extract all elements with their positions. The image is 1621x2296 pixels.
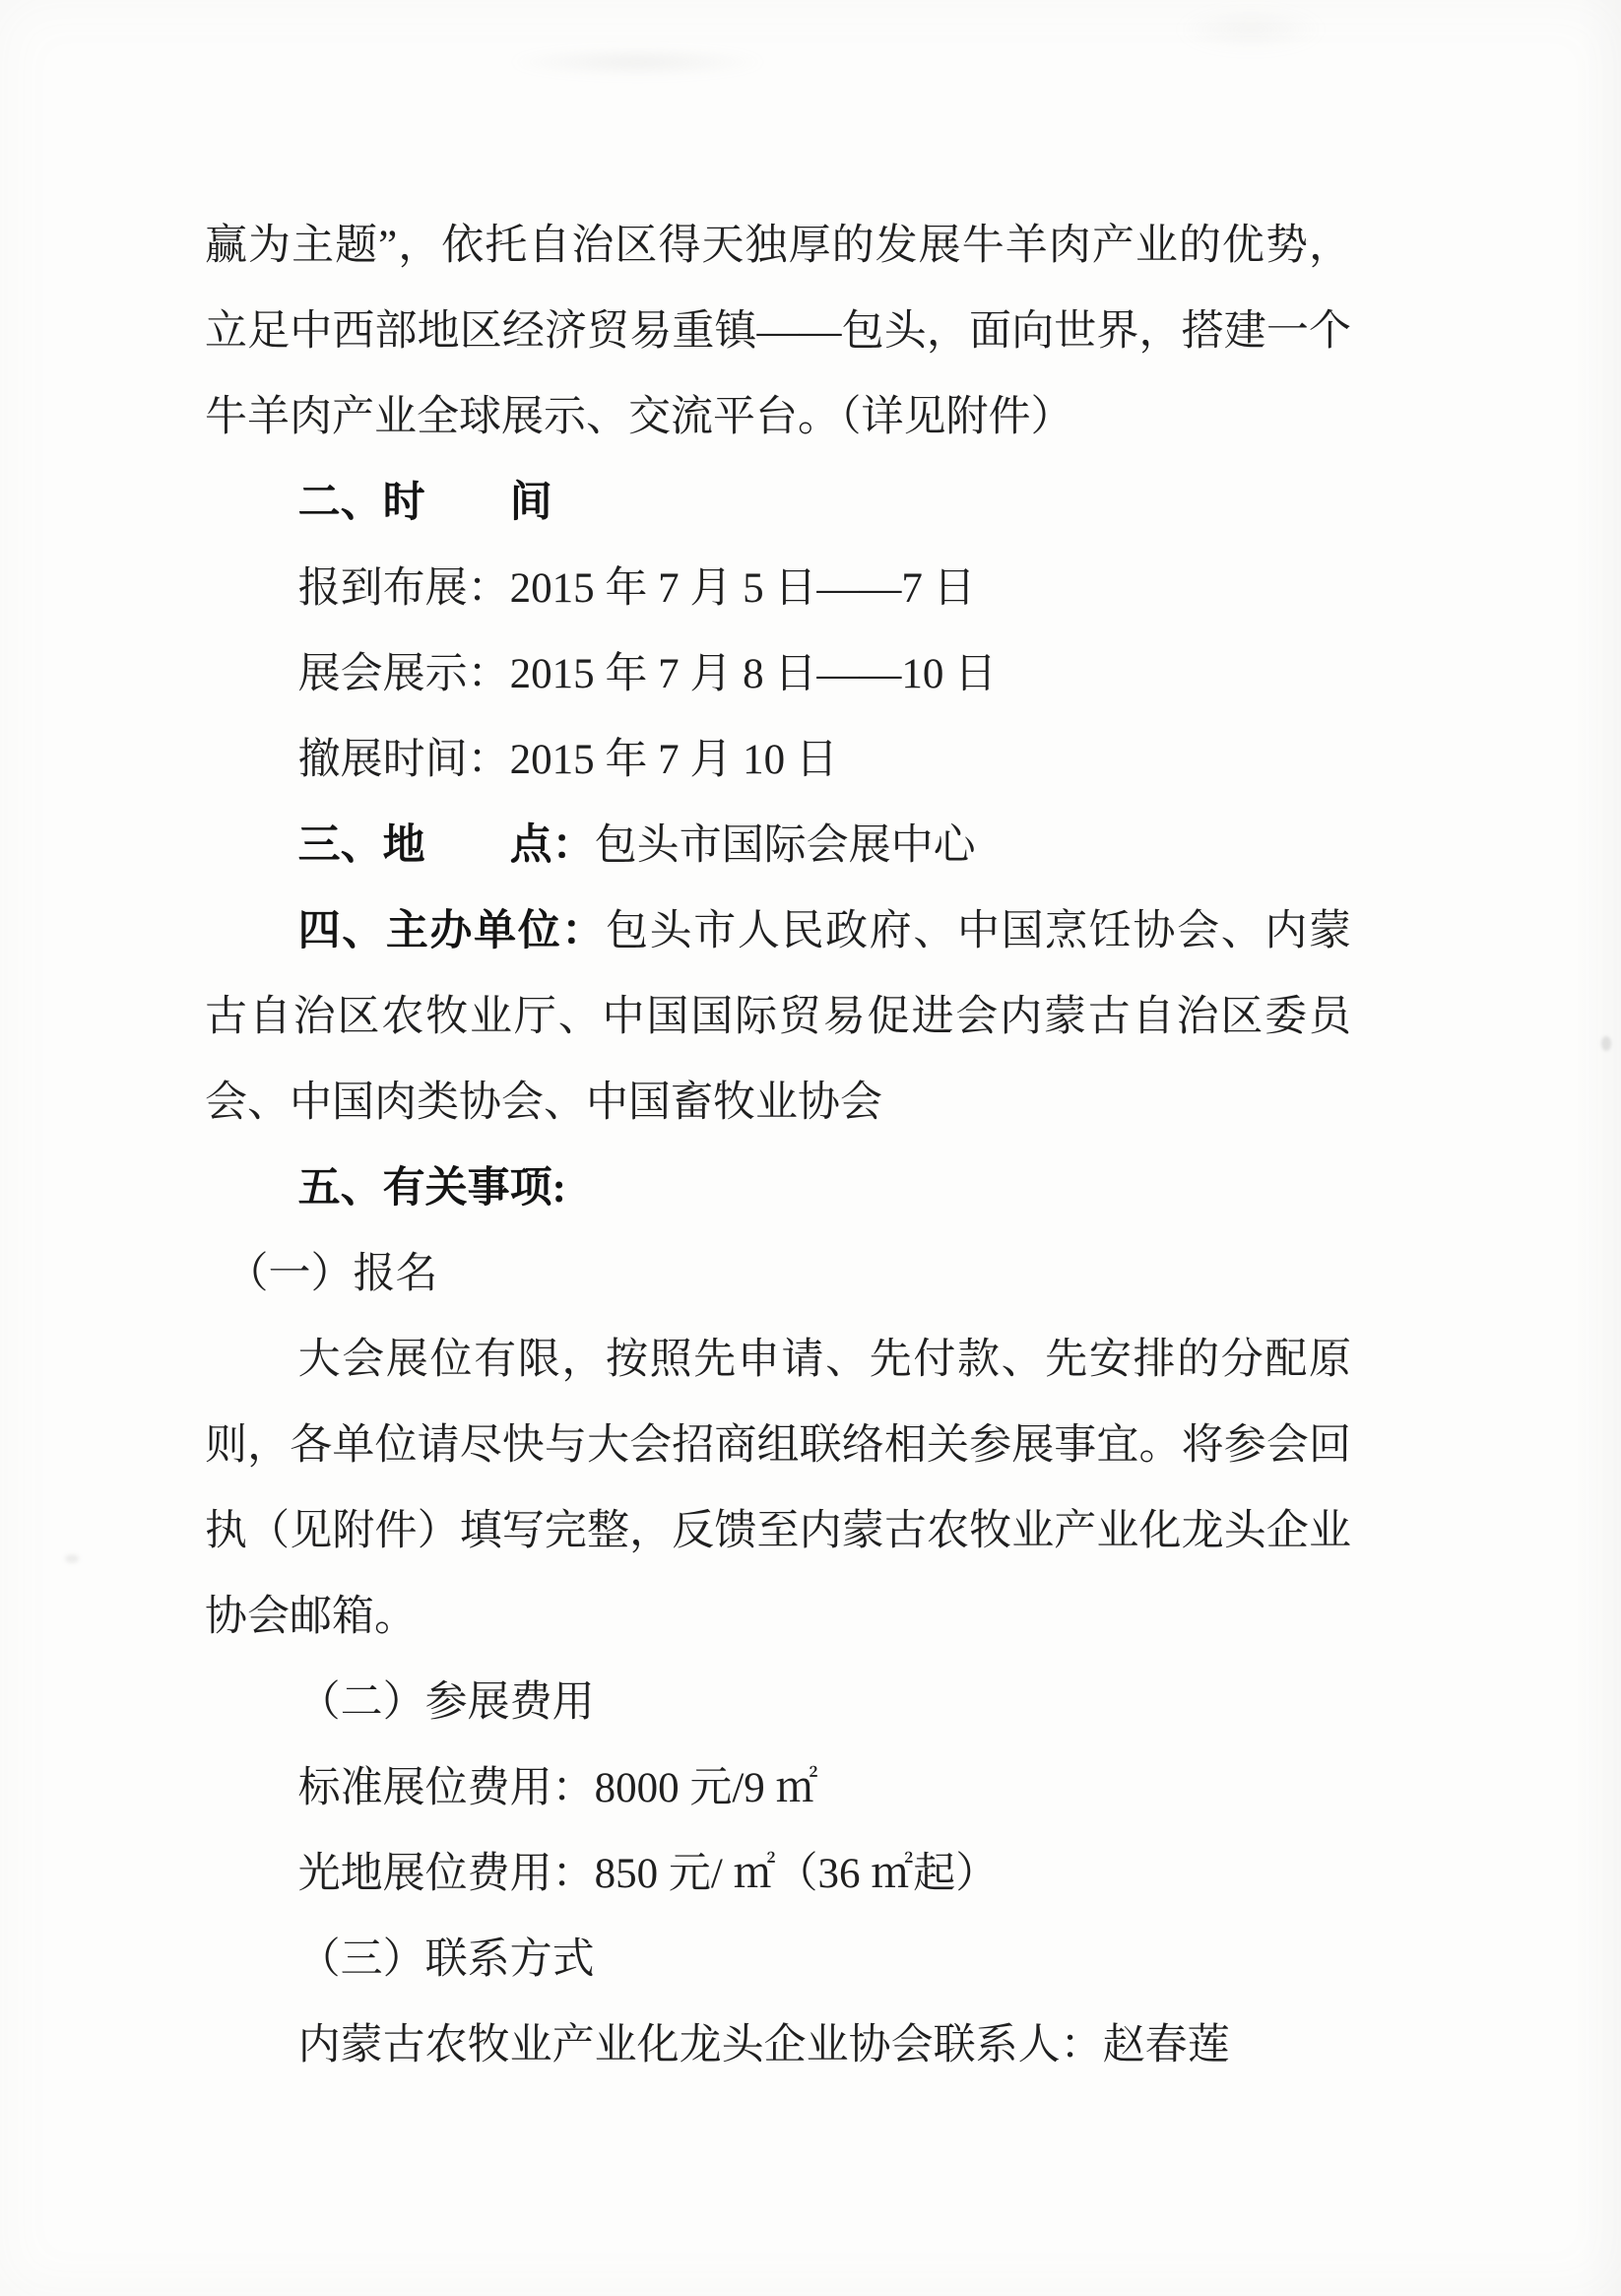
scan-artifact-fleck: [1601, 1036, 1611, 1051]
heading-item-3-contact: （三）联系方式: [205, 1917, 1351, 2002]
scanned-document-page: 赢为主题”，依托自治区得天独厚的发展牛羊肉产业的优势，立足中西部地区经济贸易重镇…: [0, 0, 1621, 2296]
paragraph-section-4-organizers: 四、主办单位：包头市人民政府、中国烹饪协会、内蒙古自治区农牧业厅、中国国际贸易促…: [205, 888, 1351, 1146]
paragraph-intro-continuation: 赢为主题”，依托自治区得天独厚的发展牛羊肉产业的优势，立足中西部地区经济贸易重镇…: [205, 203, 1351, 460]
heading-item-1-registration: （一）报名: [205, 1231, 1351, 1317]
line-standard-booth-fee: 标准展位费用：8000 元/9 ㎡: [205, 1745, 1351, 1831]
venue-name: 包头市国际会展中心: [595, 822, 976, 869]
heading-section-2-time: 二、时 间: [205, 460, 1351, 546]
heading-item-2-fees: （二）参展费用: [205, 1660, 1351, 1745]
line-section-3-venue: 三、地 点：包头市国际会展中心: [205, 803, 1351, 888]
line-move-in-date: 报到布展：2015 年 7 月 5 日——7 日: [205, 546, 1351, 631]
scan-artifact-smudge: [1177, 8, 1325, 51]
scan-artifact-fleck: [65, 1554, 79, 1563]
line-contact-person: 内蒙古农牧业产业化龙头企业协会联系人：赵春莲: [205, 2002, 1351, 2088]
scan-artifact-edge-shade: [1576, 0, 1621, 2296]
paragraph-registration-details: 大会展位有限，按照先申请、先付款、先安排的分配原则，各单位请尽快与大会招商组联络…: [205, 1317, 1351, 1660]
line-exhibition-date: 展会展示：2015 年 7 月 8 日——10 日: [205, 631, 1351, 717]
line-teardown-date: 撤展时间：2015 年 7 月 10 日: [205, 717, 1351, 803]
scan-artifact-streak: [507, 47, 768, 77]
organizers-heading-label: 四、主办单位：: [298, 908, 606, 954]
document-text-body: 赢为主题”，依托自治区得天独厚的发展牛羊肉产业的优势，立足中西部地区经济贸易重镇…: [205, 203, 1351, 2088]
line-raw-space-fee: 光地展位费用：850 元/ ㎡（36 ㎡起）: [205, 1831, 1351, 1917]
heading-section-5-matters: 五、有关事项:: [205, 1146, 1351, 1231]
venue-heading-label: 三、地 点：: [298, 822, 595, 869]
